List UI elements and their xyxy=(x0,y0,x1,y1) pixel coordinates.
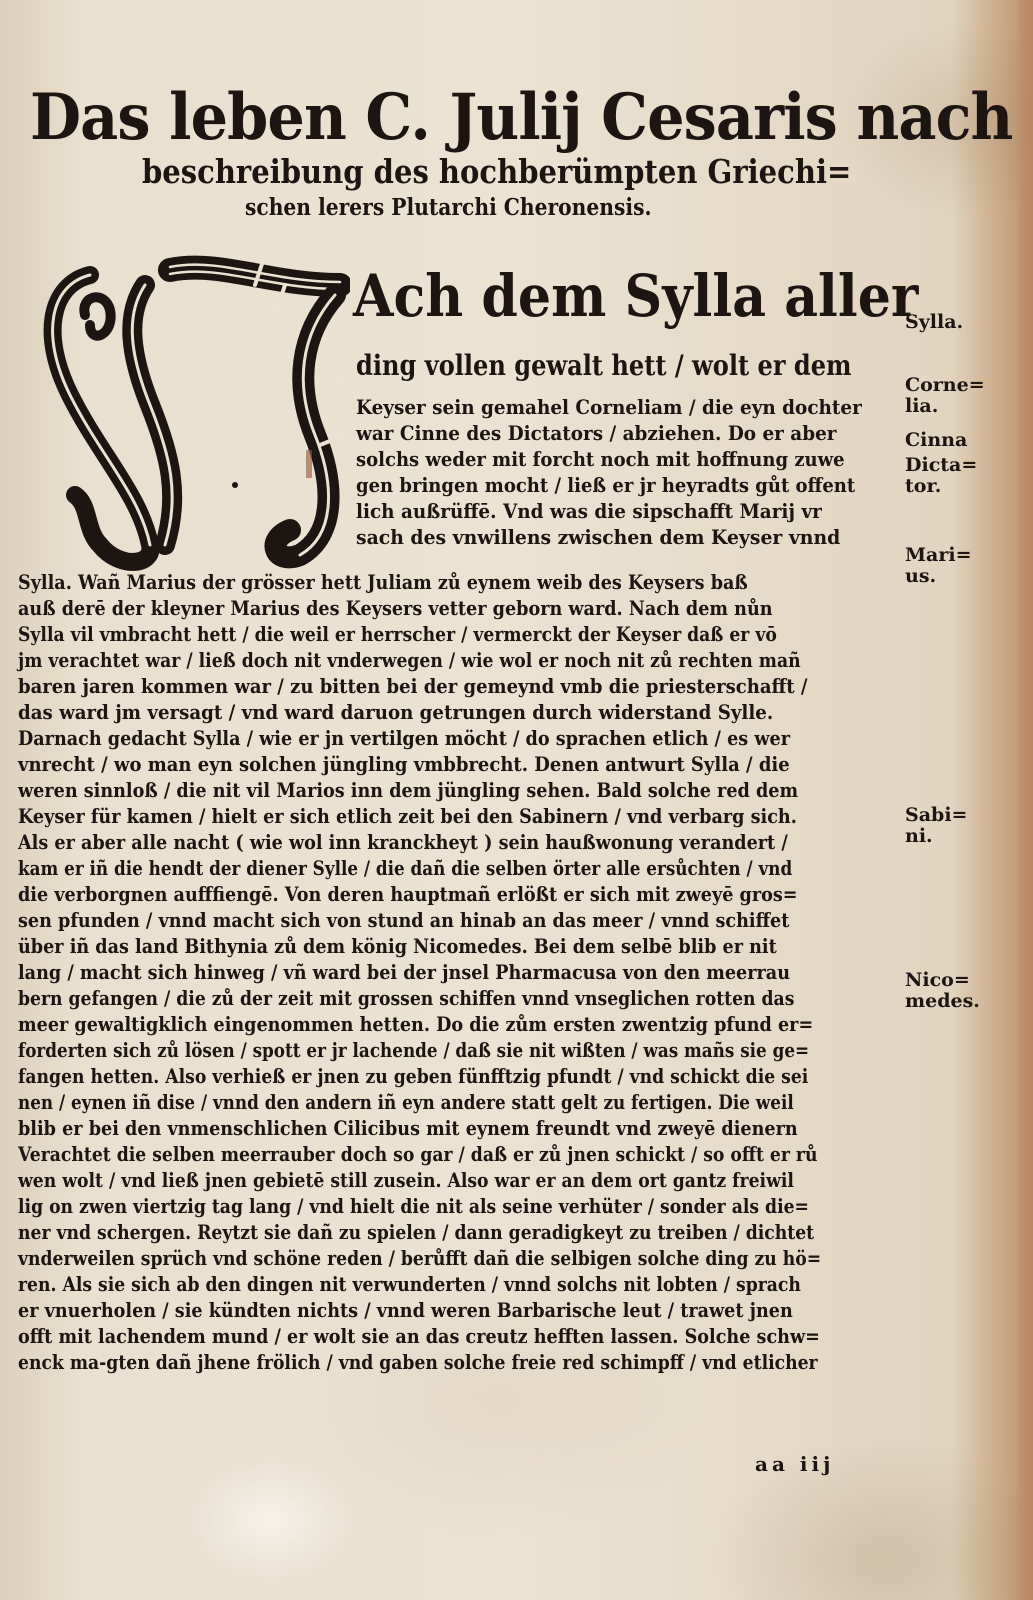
text-line: solchs weder mit forcht noch mit hoffnun… xyxy=(356,449,845,469)
text-line: lig on zwen viertzig tag lang / vnd hiel… xyxy=(18,1196,809,1216)
heading-line-1: Das leben C. Julij Cesaris nach xyxy=(30,80,1012,155)
opening-line: Ach dem Sylla aller xyxy=(353,262,918,330)
text-line: war Cinne des Dictators / abziehen. Do e… xyxy=(356,423,836,443)
text-line: sach des vnwillens zwischen dem Keyser v… xyxy=(356,527,840,547)
marginal-note: Mari= us. xyxy=(905,545,972,588)
heading-line-3: schen lerers Plutarchi Cheronensis. xyxy=(245,194,652,221)
text-line: wen wolt / vnd ließ jnen gebietē still z… xyxy=(18,1170,794,1190)
text-line: Sylla vil vmbracht hett / die weil er he… xyxy=(18,624,777,644)
text-line: Sylla. Wañ Marius der grösser hett Julia… xyxy=(18,572,748,592)
text-line: sen pfunden / vnnd macht sich von stund … xyxy=(18,910,789,930)
text-line: die verborgnen aufffiengē. Von deren hau… xyxy=(18,884,798,904)
heading-line-2: beschreibung des hochberümpten Griechi= xyxy=(142,152,851,191)
text-line: blib er bei den vnmenschlichen Cilicibus… xyxy=(18,1118,798,1138)
page-edge xyxy=(1017,0,1033,1600)
text-line: lang / macht sich hinweg / vñ ward bei d… xyxy=(18,962,790,982)
marginal-note: Sabi= ni. xyxy=(905,805,967,848)
text-line: kam er iñ die hendt der diener Sylle / d… xyxy=(18,858,792,878)
text-line: weren sinnloß / die nit vil Marios inn d… xyxy=(18,780,798,800)
text-line: Als er aber alle nacht ( wie wol inn kra… xyxy=(18,832,788,852)
text-line: vnderweilen sprüch vnd schöne reden / be… xyxy=(18,1248,821,1268)
text-line: gen bringen mocht / ließ er jr heyradts … xyxy=(356,475,855,495)
text-line: vnrecht / wo man eyn solchen jüngling vm… xyxy=(18,754,790,774)
text-line: das ward jm versagt / vnd ward daruon ge… xyxy=(18,702,773,722)
text-line: nen / eynen iñ dise / vnnd den andern iñ… xyxy=(18,1092,794,1112)
marginal-note: Nico= medes. xyxy=(905,970,980,1013)
text-line: ner vnd schergen. Reytzt sie dañ zu spie… xyxy=(18,1222,814,1242)
text-line: ren. Als sie sich ab den dingen nit verw… xyxy=(18,1274,801,1294)
marginal-note: Dicta= tor. xyxy=(905,455,977,498)
text-line: über iñ das land Bithynia zů dem könig N… xyxy=(18,936,777,956)
text-line: lich außrüffē. Vnd was die sipschafft Ma… xyxy=(356,501,822,521)
text-line: meer gewaltigklich eingenommen hetten. D… xyxy=(18,1014,813,1034)
text-line: jm verachtet war / ließ doch nit vnderwe… xyxy=(18,650,801,670)
marginal-note: Cinna xyxy=(905,430,967,451)
book-page: Das leben C. Julij Cesaris nach beschrei… xyxy=(0,0,1033,1600)
text-line: Keyser sein gemahel Corneliam / die eyn … xyxy=(356,397,862,417)
text-line: bern gefangen / die zů der zeit mit gros… xyxy=(18,988,794,1008)
text-line: auß derē der kleyner Marius des Keysers … xyxy=(18,598,773,618)
decorated-initial-n-icon xyxy=(30,245,350,575)
text-line: ding vollen gewalt hett / wolt er dem xyxy=(356,352,852,380)
text-line: er vnuerholen / sie kündten nichts / vnn… xyxy=(18,1300,793,1320)
text-line: fangen hetten. Also verhieß er jnen zu g… xyxy=(18,1066,808,1086)
text-line: Darnach gedacht Sylla / wie er jn vertil… xyxy=(18,728,790,748)
marginal-note: Sylla. xyxy=(905,312,963,333)
text-line: offt mit lachendem mund / er wolt sie an… xyxy=(18,1326,820,1346)
signature-mark: aa iij xyxy=(755,1452,834,1476)
text-line: forderten sich zů lösen / spott er jr la… xyxy=(18,1040,809,1060)
text-line: Verachtet die selben meerrauber doch so … xyxy=(18,1144,817,1164)
text-line: Keyser für kamen / hielt er sich etlich … xyxy=(18,806,797,826)
text-line: baren jaren kommen war / zu bitten bei d… xyxy=(18,676,807,696)
text-line: enck ma-gten dañ jhene frölich / vnd gab… xyxy=(18,1352,818,1372)
marginal-note: Corne= lia. xyxy=(905,375,985,418)
